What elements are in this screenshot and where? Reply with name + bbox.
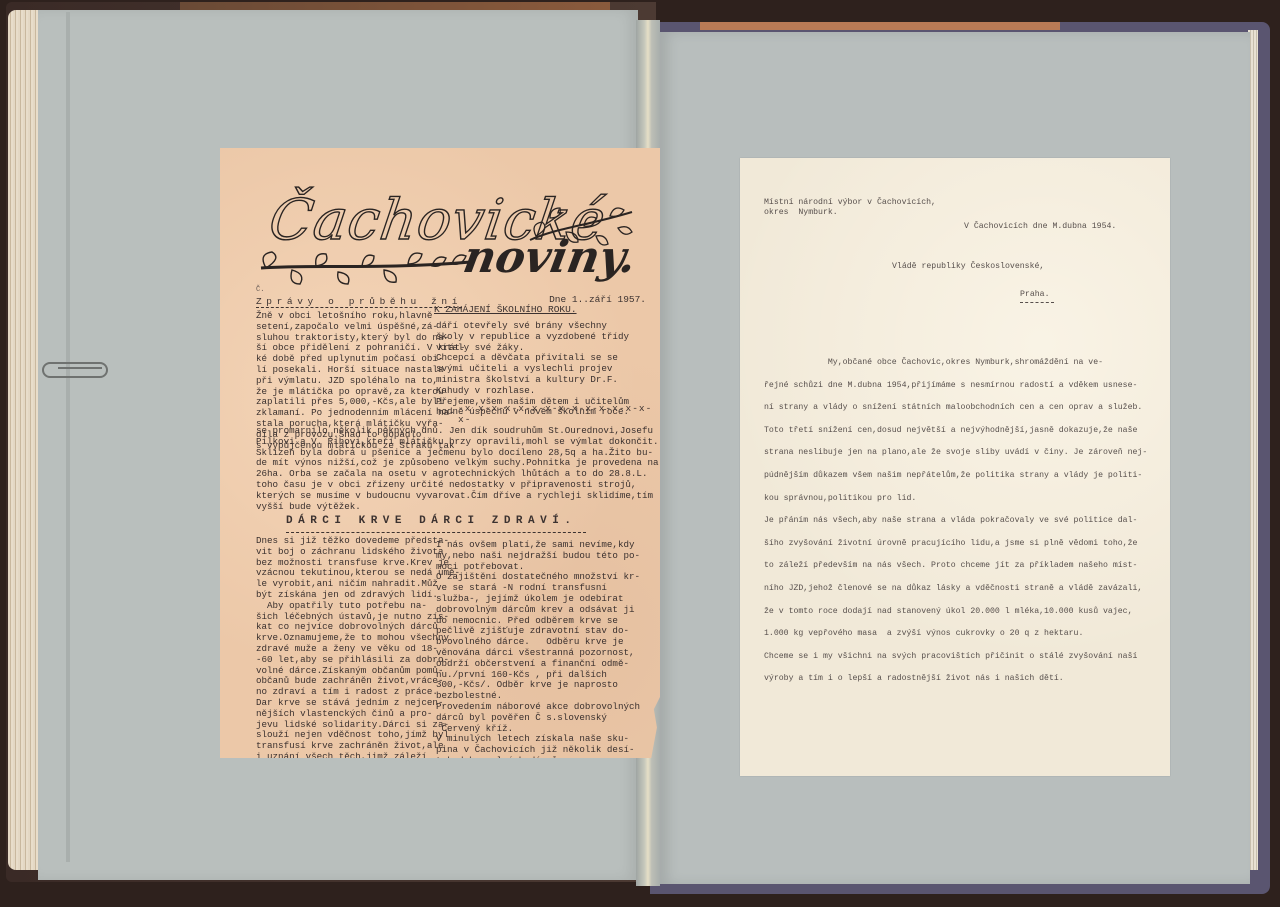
newspaper-masthead: Čachovické noviny.	[256, 170, 636, 290]
newspaper-clipping: Čachovické noviny.	[220, 148, 660, 758]
book-cover-edge-orange	[700, 22, 1060, 30]
letter-body: My,občané obce Čachovic,okres Nymburk,sh…	[764, 352, 1147, 691]
vine-ornament-icon	[256, 240, 476, 290]
paperclip-icon	[42, 362, 108, 378]
article-harvest-continued: se promarnilo několik pěkných dnů. Jen d…	[256, 426, 658, 512]
page-edge-line	[66, 12, 70, 862]
article-blood-donors-left: Dnes si již těžko dovedeme předsta- vit …	[256, 536, 460, 795]
issue-number: Č.	[256, 286, 264, 294]
heading-rule	[286, 532, 586, 533]
letter-city: Praha.	[1020, 290, 1049, 300]
typed-letter: Místní národní výbor v Čachovicích, okre…	[740, 158, 1170, 776]
article-blood-donors-right: I nás ovšem platí,že sami nevíme,kdy my,…	[436, 540, 640, 788]
article-heading-harvest: Zprávy o průběhu žní	[256, 296, 462, 308]
vine-ornament-right-icon	[526, 200, 636, 260]
page-stack-left	[8, 10, 38, 870]
city-underline	[1020, 302, 1054, 303]
section-divider: -x x-x-x-x-x-x-x-x-x-x-x-x-x-x-	[458, 403, 660, 425]
letter-recipient: Vládě republiky Československé,	[892, 262, 1044, 272]
letter-sender: Místní národní výbor v Čachovicích, okre…	[764, 198, 936, 218]
article-heading-blood-donors: DÁRCI KRVE DÁRCI ZDRAVÍ.	[286, 515, 576, 527]
letter-date: V Čachovicích dne M.dubna 1954.	[964, 222, 1116, 232]
